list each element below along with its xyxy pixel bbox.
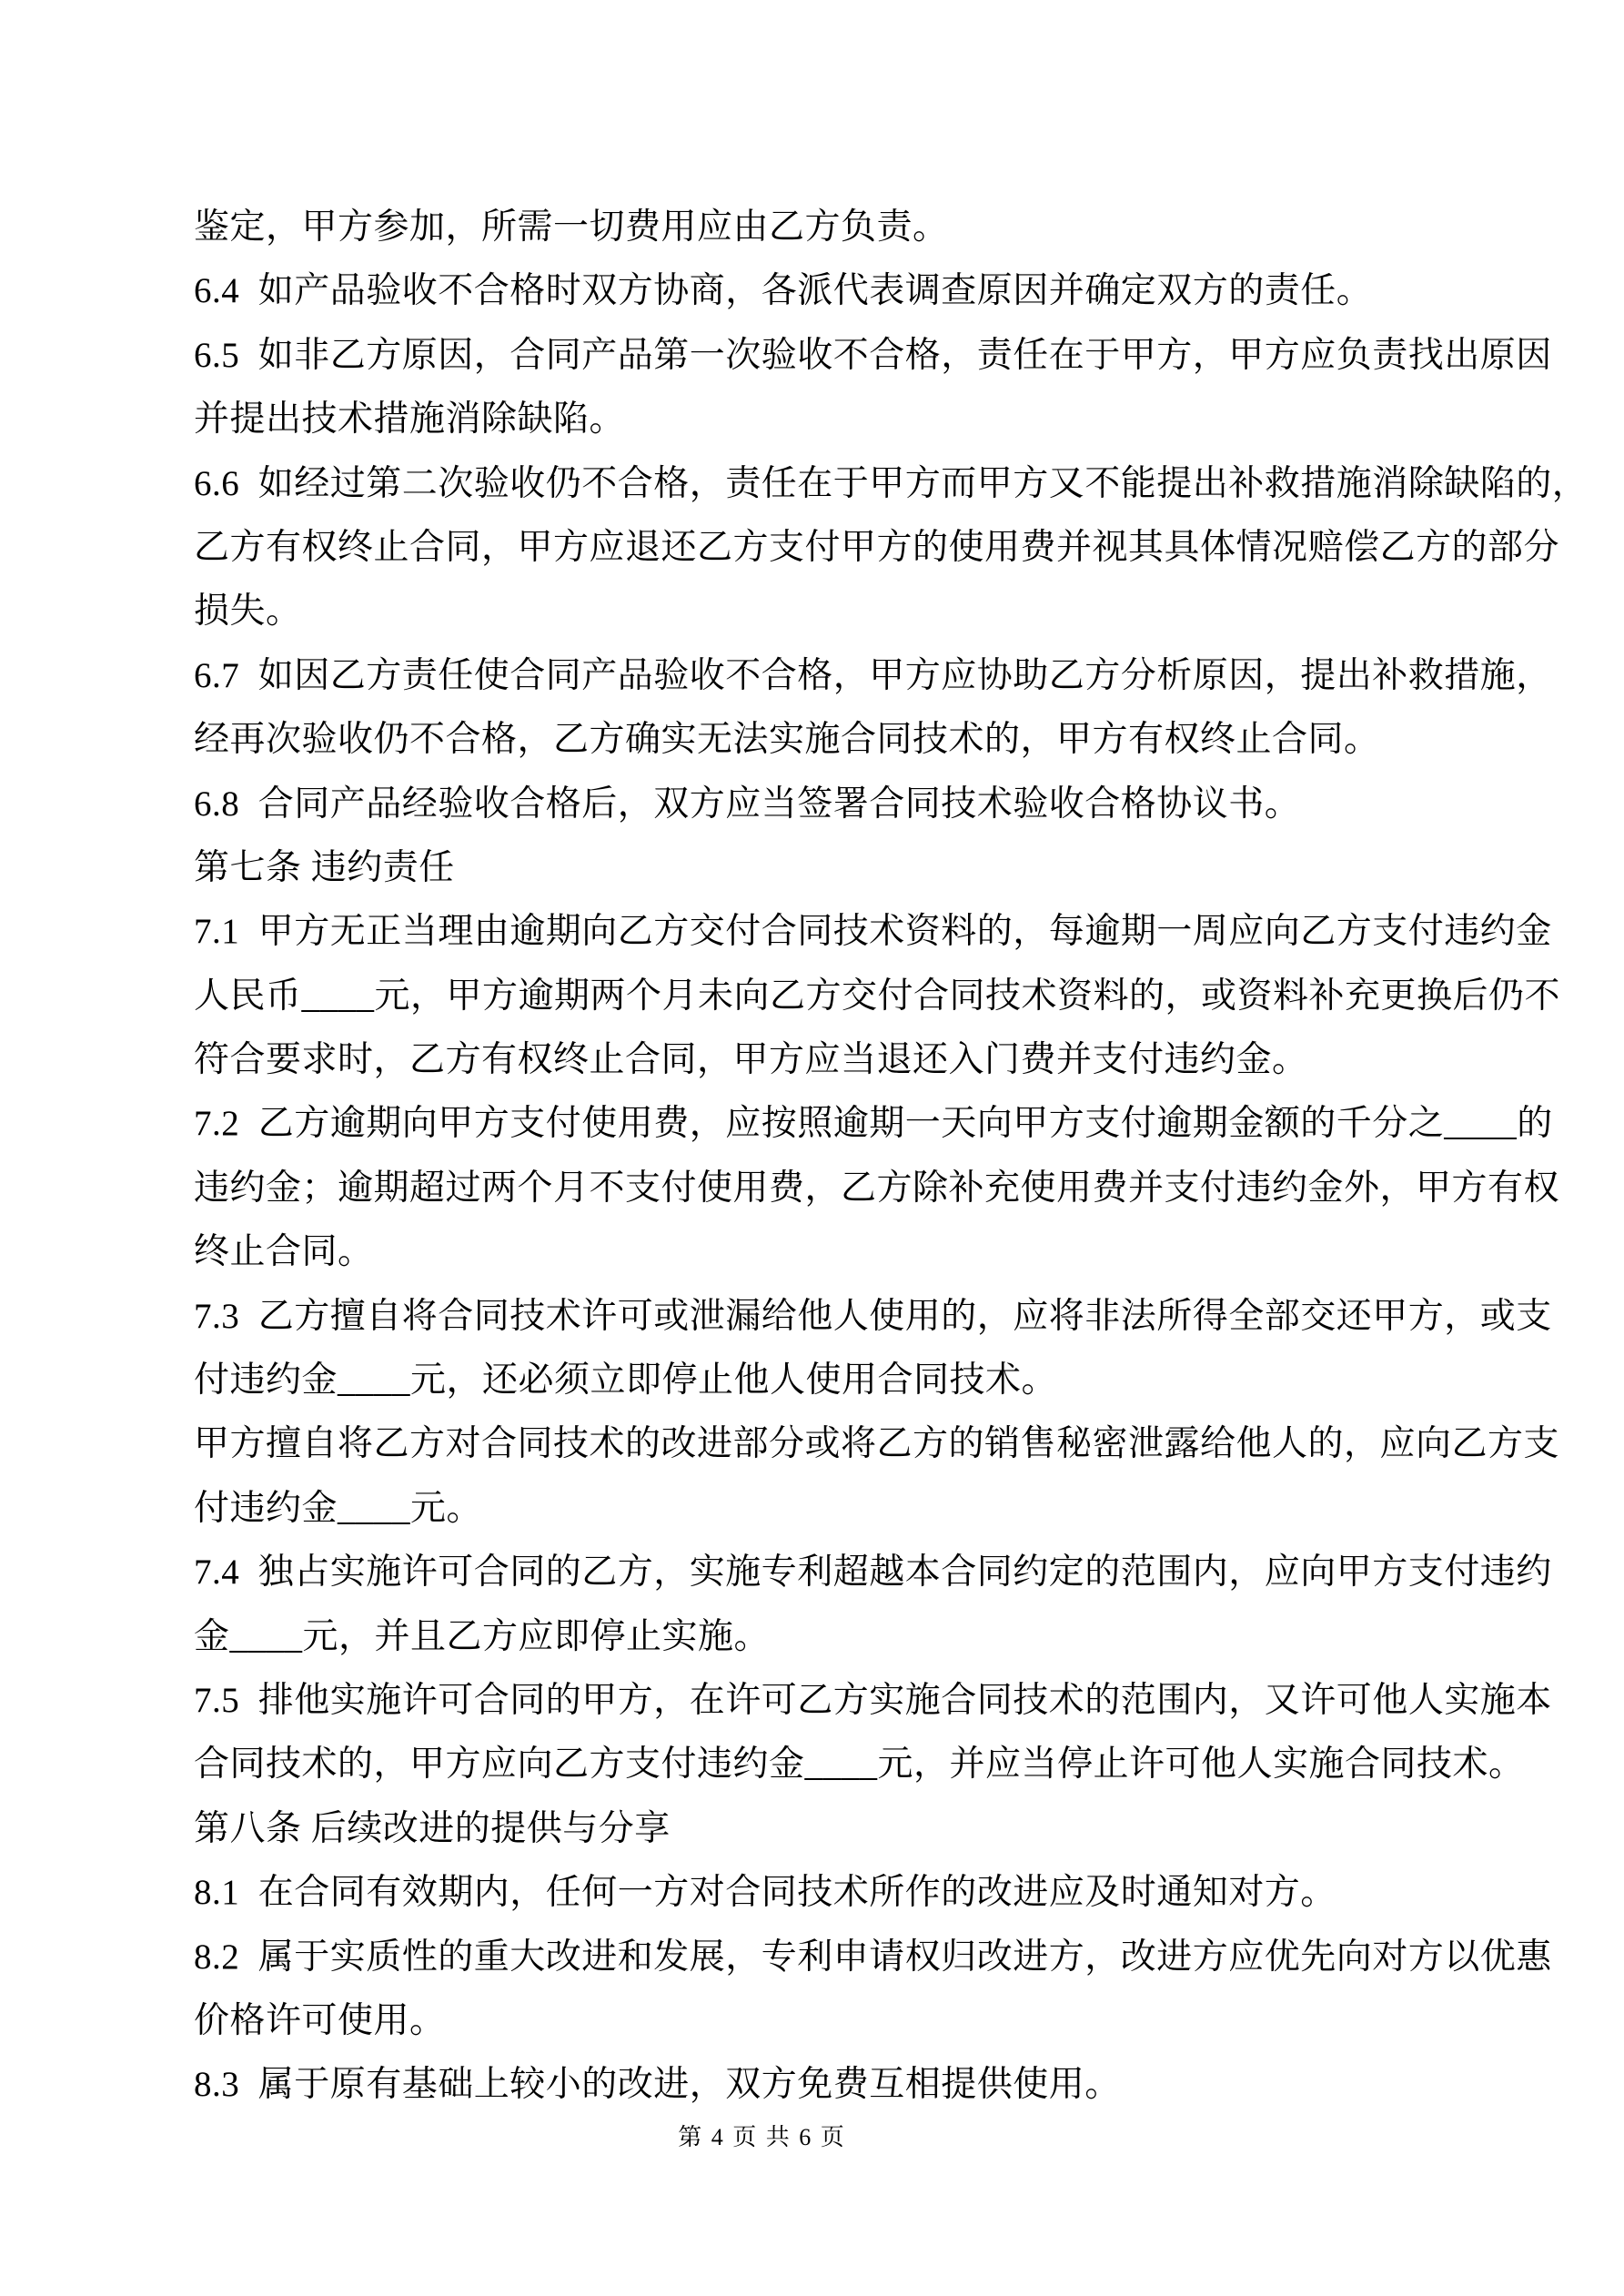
text-line: 7.1 甲方无正当理由逾期向乙方交付合同技术资料的，每逾期一周应向乙方支付违约金 (194, 900, 1533, 964)
text-line: 违约金；逾期超过两个月不支付使用费，乙方除补充使用费并支付违约金外，甲方有权 (194, 1157, 1533, 1220)
text-line: 7.5 排他实施许可合同的甲方，在许可乙方实施合同技术的范围内，又许可他人实施本 (194, 1669, 1533, 1733)
text-line: 人民币____元，甲方逾期两个月未向乙方交付合同技术资料的，或资料补充更换后仍不 (194, 965, 1533, 1028)
text-line: 6.4 如产品验收不合格时双方协商，各派代表调查原因并确定双方的责任。 (194, 259, 1533, 323)
text-line: 8.3 属于原有基础上较小的改进，双方免费互相提供使用。 (194, 2053, 1533, 2117)
text-line: 8.2 属于实质性的重大改进和发展，专利申请权归改进方，改进方应优先向对方以优惠 (194, 1926, 1533, 1989)
text-line: 损失。 (194, 580, 1533, 643)
text-line: 6.6 如经过第二次验收仍不合格，责任在于甲方而甲方又不能提出补救措施消除缺陷的… (194, 452, 1533, 516)
text-line: 金____元，并且乙方应即停止实施。 (194, 1605, 1533, 1669)
text-line: 付违约金____元，还必须立即停止他人使用合同技术。 (194, 1349, 1533, 1412)
text-line: 鉴定，甲方参加，所需一切费用应由乙方负责。 (194, 196, 1533, 259)
text-line: 合同技术的，甲方应向乙方支付违约金____元，并应当停止许可他人实施合同技术。 (194, 1733, 1533, 1796)
text-line: 第八条 后续改进的提供与分享 (194, 1797, 1533, 1861)
text-line: 价格许可使用。 (194, 1989, 1533, 2053)
page-number-text: 第 4 页 共 6 页 (678, 2124, 846, 2150)
page-footer: 第 4 页 共 6 页 (0, 2122, 1524, 2153)
text-line: 8.1 在合同有效期内，任何一方对合同技术所作的改进应及时通知对方。 (194, 1861, 1533, 1925)
text-line: 符合要求时，乙方有权终止合同，甲方应当退还入门费并支付违约金。 (194, 1028, 1533, 1092)
text-line: 6.7 如因乙方责任使合同产品验收不合格，甲方应协助乙方分析原因，提出补救措施， (194, 644, 1533, 708)
text-line: 甲方擅自将乙方对合同技术的改进部分或将乙方的销售秘密泄露给他人的，应向乙方支 (194, 1412, 1533, 1476)
text-line: 7.3 乙方擅自将合同技术许可或泄漏给他人使用的，应将非法所得全部交还甲方，或支 (194, 1285, 1533, 1349)
text-line: 第七条 违约责任 (194, 836, 1533, 900)
text-line: 乙方有权终止合同，甲方应退还乙方支付甲方的使用费并视其具体情况赔偿乙方的部分 (194, 516, 1533, 580)
text-line: 并提出技术措施消除缺陷。 (194, 388, 1533, 451)
text-line: 7.4 独占实施许可合同的乙方，实施专利超越本合同约定的范围内，应向甲方支付违约 (194, 1541, 1533, 1604)
text-line: 6.8 合同产品经验收合格后，双方应当签署合同技术验收合格协议书。 (194, 773, 1533, 836)
text-line: 付违约金____元。 (194, 1477, 1533, 1541)
text-line: 6.5 如非乙方原因，合同产品第一次验收不合格，责任在于甲方，甲方应负责找出原因 (194, 324, 1533, 388)
text-line: 经再次验收仍不合格，乙方确实无法实施合同技术的，甲方有权终止合同。 (194, 708, 1533, 772)
contract-body-text: 鉴定，甲方参加，所需一切费用应由乙方负责。6.4 如产品验收不合格时双方协商，各… (194, 196, 1533, 2118)
contract-page: 鉴定，甲方参加，所需一切费用应由乙方负责。6.4 如产品验收不合格时双方协商，各… (0, 0, 1624, 2296)
text-line: 7.2 乙方逾期向甲方支付使用费，应按照逾期一天向甲方支付逾期金额的千分之___… (194, 1092, 1533, 1156)
text-line: 终止合同。 (194, 1220, 1533, 1284)
